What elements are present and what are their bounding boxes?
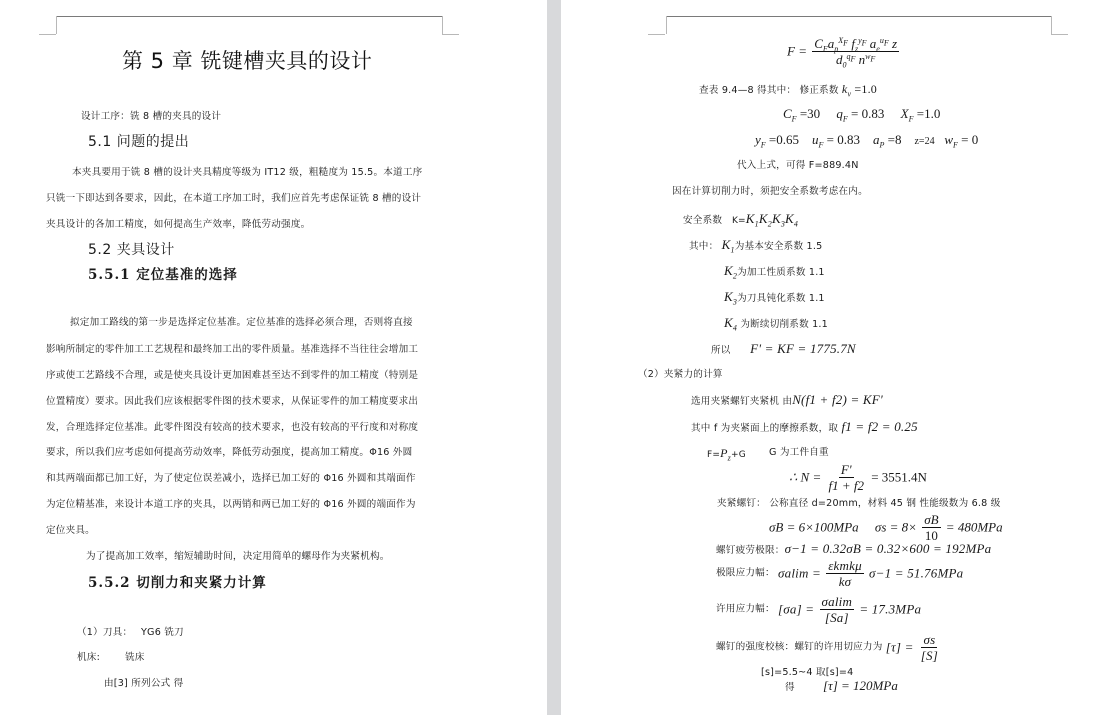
datum-line-3: 序或使工艺路线不合理，或是使夹具设计更加困难甚至达不到零件的加工精度（特别是	[46, 370, 418, 382]
formula-intro: 由[3] 所列公式 得	[104, 678, 183, 690]
tool-label: （1）刀具：	[77, 627, 132, 639]
limit-amp-label: 极限应力幅：	[716, 568, 775, 579]
datum-line-8: 为定位精基准，来设计本道工序的夹具，以两销和两已加工好的 Φ16 外圆的端面作为	[46, 499, 416, 511]
intro-line-1: 本夹具要用于铣 8 槽的设计夹具精度等级为 IT12 级，粗糙度为 15.5。本…	[72, 167, 422, 179]
margin-mark-top	[666, 16, 1051, 17]
margin-mark-top	[56, 16, 442, 17]
clamp-sentence: 为了提高加工效率，缩短辅助时间，决定用简单的螺母作为夹紧机构。	[86, 551, 390, 563]
screw-select-line: 选用夹紧螺钉夹紧机 由N(f1 + f2) = KF'	[691, 394, 883, 408]
limit-amp-line: 极限应力幅： σalim = εkmkμkσ σ−1 = 51.76MPa	[716, 558, 963, 589]
coefficients-row-1: CF =30 qF = 0.83 XF =1.0	[783, 108, 940, 120]
screw-select-label: 选用夹紧螺钉夹紧机 由	[691, 396, 792, 407]
section-heading-5-1: 5.1 问题的提出	[88, 133, 189, 151]
tool-value: YG6 铣刀	[141, 627, 184, 639]
n-result-formula: ∴ N = F'f1 + f2 = 3551.4N	[789, 462, 927, 493]
friction-formula: f1 = f2 = 0.25	[841, 419, 917, 434]
substitute-result: 代入上式，可得 F=889.4N	[737, 160, 859, 172]
section-heading-5-5-1: 5.5.1 定位基准的选择	[88, 266, 238, 284]
friction-label: 其中 f 为夹紧面上的摩擦系数，取	[691, 423, 838, 434]
section-heading-5-2: 5.2 夹具设计	[88, 241, 175, 259]
chapter-title: 第 5 章 铣键槽夹具的设计	[122, 48, 372, 74]
intro-line-3: 夹具设计的各加工精度，如何提高生产效率，降低劳动强度。	[46, 219, 310, 231]
document-page-right: F = CFapXF fzyF aeuF z d0qF nwF 查表 9.4—8…	[561, 0, 1108, 715]
k2-line: K2为加工性质系数 1.1	[724, 265, 825, 279]
datum-line-4: 位置精度）要求。因此我们应该根据零件图的技术要求，从保证零件的加工精度要求出	[46, 396, 418, 408]
k3-desc: 为刀具钝化系数 1.1	[737, 293, 825, 304]
document-page-left: 第 5 章 铣键槽夹具的设计 设计工序：铣 8 槽的夹具的设计 5.1 问题的提…	[0, 0, 547, 715]
fatigue-label: 螺钉疲劳极限：	[716, 545, 785, 556]
f-prime-line: 所以 F' = KF = 1775.7N	[711, 343, 856, 357]
coefficients-row-2: yF =0.65 uF = 0.83 aP =8 z=24 wF = 0	[755, 134, 978, 148]
margin-mark-left-horizontal	[648, 34, 665, 35]
margin-mark-left-horizontal	[39, 34, 56, 35]
process-line: 设计工序：铣 8 槽的夹具的设计	[81, 111, 221, 123]
safety-factor-label: 安全系数	[683, 215, 722, 226]
g-desc: G 为工件自重	[769, 447, 829, 459]
fatigue-line: 螺钉疲劳极限：σ−1 = 0.32σB = 0.32×600 = 192MPa	[716, 543, 991, 557]
datum-line-6: 要求，所以我们应考虑如何提高劳动效率，降低劳动强度，提高加工精度。Φ16 外圆	[46, 447, 412, 459]
so-label: 所以	[711, 345, 731, 356]
table-lookup-text: 查表 9.4—8 得其中： 修正系数 kv =1.0	[699, 83, 877, 97]
datum-line-2: 影响所制定的零件加工工艺规程和最终加工出的零件质量。基准选择不当往往会增加工	[46, 344, 418, 356]
table-lookup-label: 查表 9.4—8 得其中： 修正系数	[699, 85, 839, 96]
k4-line: K4 为断续切削系数 1.1	[724, 317, 828, 331]
tau-result: [τ] = 120MPa	[823, 680, 898, 692]
strength-line: 螺钉的强度校核：螺钉的许用切应力为 [τ] = σs[S]	[716, 632, 942, 663]
section-clamping-force: （2）夹紧力的计算	[638, 369, 723, 381]
datum-line-5: 发，合理选择定位基准。此零件图没有较高的技术要求，也没有较高的平行度和对称度	[46, 422, 418, 434]
where-label: 其中：	[689, 241, 718, 252]
k3-line: K3为刀具钝化系数 1.1	[724, 291, 825, 305]
k2-desc: 为加工性质系数 1.1	[737, 267, 825, 278]
margin-mark-left-vertical	[666, 16, 667, 34]
margin-mark-right-horizontal	[1051, 34, 1068, 35]
margin-mark-right-vertical	[1051, 16, 1052, 34]
datum-line-1: 拟定加工路线的第一步是选择定位基准。定位基准的选择必须合理，否则将直接	[70, 317, 413, 329]
safety-note: 因在计算切削力时，须把安全系数考虑在内。	[672, 186, 868, 198]
k4-desc: 为断续切削系数 1.1	[737, 319, 828, 330]
sigma-formulas: σB = 6×100MPa σs = 8× σB10 = 480MPa	[769, 512, 1003, 543]
safety-factor-line: 安全系数 K=K1K2K3K4	[683, 213, 798, 227]
datum-line-7: 和其两端面都已加工好，为了使定位误差减小，选择已加工好的 Φ16 外圆和其端面作	[46, 473, 416, 485]
page-gutter	[547, 0, 561, 715]
margin-mark-right-horizontal	[442, 34, 459, 35]
get-label: 得	[785, 682, 795, 694]
margin-mark-left-vertical	[56, 16, 57, 34]
f-prime-formula: F' = KF = 1775.7N	[750, 341, 856, 356]
friction-line: 其中 f 为夹紧面上的摩擦系数，取 f1 = f2 = 0.25	[691, 421, 918, 435]
f-eq: F=Pz+G	[707, 447, 746, 461]
screw-spec: 夹紧螺钉： 公称直径 d=20mm，材料 45 钢 性能级数为 6.8 级	[717, 498, 1001, 510]
margin-mark-right-vertical	[442, 16, 443, 34]
k1-line: 其中： K1为基本安全系数 1.5	[689, 239, 822, 253]
section-heading-5-5-2: 5.5.2 切削力和夹紧力计算	[88, 574, 267, 592]
allow-amp-line: 许用应力幅： [σa] = σalim[Sa] = 17.3MPa	[716, 594, 921, 625]
screw-formula: N(f1 + f2) = KF'	[792, 392, 883, 407]
k1-desc: 为基本安全系数 1.5	[735, 241, 823, 252]
fatigue-formula: σ−1 = 0.32σB = 0.32×600 = 192MPa	[785, 541, 992, 556]
datum-line-9: 定位夹具。	[46, 525, 95, 537]
cutting-force-formula: F = CFapXF fzyF aeuF z d0qF nwF	[787, 36, 901, 67]
strength-label: 螺钉的强度校核：螺钉的许用切应力为	[716, 642, 883, 653]
machine-label: 机床:	[77, 652, 100, 664]
intro-line-2: 只铣一下即达到各要求，因此，在本道工序加工时，我们应首先考虑保证铣 8 槽的设计	[46, 193, 421, 205]
machine-value: 铣床	[125, 652, 145, 664]
allow-amp-label: 许用应力幅：	[716, 604, 775, 615]
